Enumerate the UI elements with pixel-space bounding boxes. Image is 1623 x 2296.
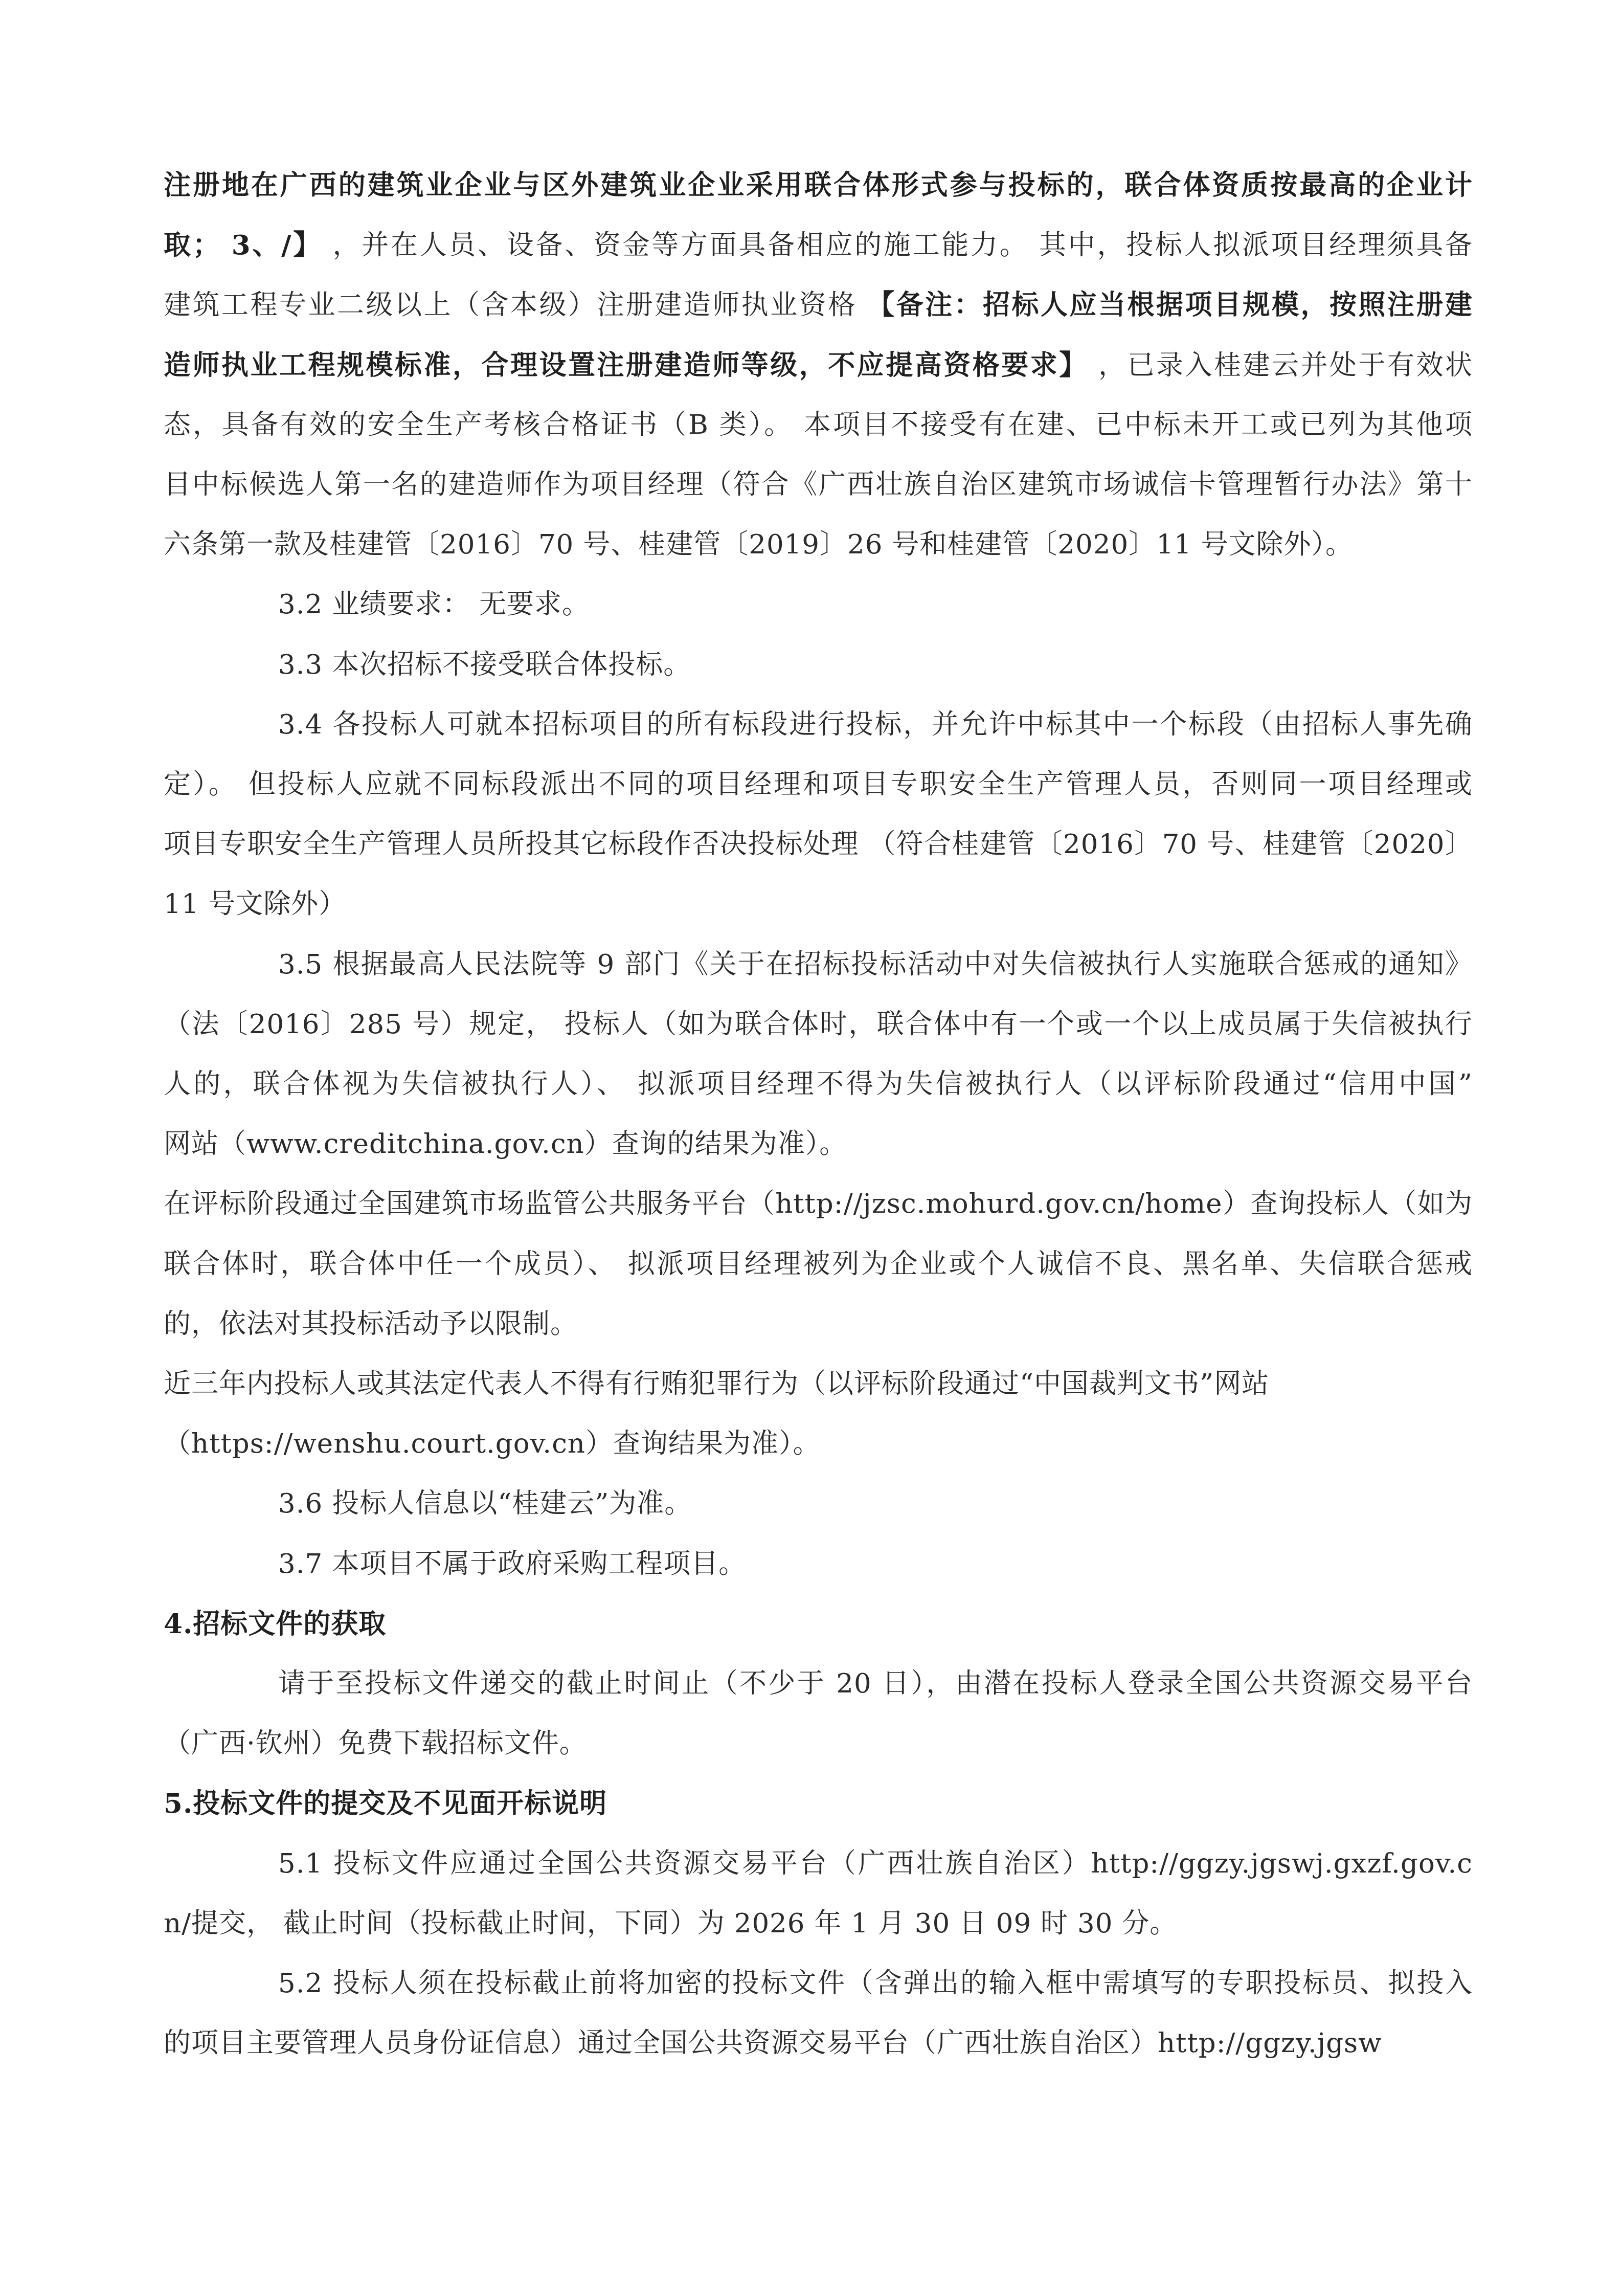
text-line: 3.3 本次招标不接受联合体投标。 [164, 644, 1473, 685]
text-line: 3.4 各投标人可就本招标项目的所有标段进行投标，并允许中标其中一个标段（由招标… [164, 704, 1473, 745]
text-line: 5.2 投标人须在投标截止前将加密的投标文件（含弹出的输入框中需填写的专职投标员… [164, 1963, 1473, 2004]
body-text: 的项目主要管理人员身份证信息）通过全国公共资源交易平台（广西壮族自治区）http… [164, 2027, 1382, 2059]
bold-text: 【备注：招标人应当根据项目规模，按照注册建 [867, 289, 1473, 321]
text-line: 3.7 本项目不属于政府采购工程项目。 [164, 1544, 1473, 1585]
body-text: 网站（www.creditchina.gov.cn）查询的结果为准）。 [164, 1128, 847, 1160]
text-line: 在评标阶段通过全国建筑市场监管公共服务平台（http://jzsc.mohurd… [164, 1184, 1473, 1224]
body-text: （广西·钦州）免费下载招标文件。 [164, 1728, 587, 1759]
body-text: 联合体时，联合体中任一个成员）、 拟派项目经理被列为企业或个人诚信不良、黑名单、… [164, 1249, 1473, 1280]
body-text: 近三年内投标人或其法定代表人不得有行贿犯罪行为（以评标阶段通过“中国裁判文书”网… [164, 1368, 1269, 1399]
text-line: 人的，联合体视为失信被执行人）、 拟派项目经理不得为失信被执行人（以评标阶段通过… [164, 1064, 1473, 1105]
body-text: 5.1 投标文件应通过全国公共资源交易平台（广西壮族自治区）http://ggz… [278, 1848, 1473, 1879]
body-text: 的，依法对其投标活动予以限制。 [164, 1308, 578, 1340]
body-text: 3.2 业绩要求： 无要求。 [278, 589, 590, 620]
text-line: 近三年内投标人或其法定代表人不得有行贿犯罪行为（以评标阶段通过“中国裁判文书”网… [164, 1364, 1473, 1405]
body-text: 3.5 根据最高人民法院等 9 部门《关于在招标投标活动中对失信被执行人实施联合… [278, 949, 1473, 980]
body-text: 11 号文除外） [164, 888, 346, 920]
bold-text: 4.招标文件的获取 [164, 1608, 386, 1640]
text-line: （广西·钦州）免费下载招标文件。 [164, 1723, 1473, 1764]
body-text: 3.3 本次招标不接受联合体投标。 [278, 649, 691, 680]
body-text: ，已录入桂建云并处于有效状 [1088, 350, 1473, 381]
text-line: 态，具备有效的安全生产考核合格证书（B 类）。 本项目不接受有在建、已中标未开工… [164, 405, 1473, 445]
body-text: 3.6 投标人信息以“桂建云”为准。 [278, 1488, 692, 1519]
text-line: 定）。 但投标人应就不同标段派出不同的项目经理和项目专职安全生产管理人员，否则同… [164, 764, 1473, 805]
body-text: ，并在人员、设备、资金等方面具备相应的施工能力。 其中，投标人拟派项目经理须具备 [322, 230, 1473, 261]
body-text: 定）。 但投标人应就不同标段派出不同的项目经理和项目专职安全生产管理人员，否则同… [164, 769, 1473, 800]
bold-text: 注册地在广西的建筑业企业与区外建筑业企业采用联合体形式参与投标的，联合体资质按最… [164, 169, 1473, 201]
text-line: （https://wenshu.court.gov.cn）查询结果为准）。 [164, 1423, 1473, 1464]
body-text: 态，具备有效的安全生产考核合格证书（B 类）。 本项目不接受有在建、已中标未开工… [164, 409, 1473, 440]
text-line: 取； 3、/】 ，并在人员、设备、资金等方面具备相应的施工能力。 其中，投标人拟… [164, 225, 1473, 265]
bold-text: 取； 3、/】 [164, 229, 322, 261]
text-line: 目中标候选人第一名的建造师作为项目经理（符合《广西壮族自治区建筑市场诚信卡管理暂… [164, 464, 1473, 505]
text-line: 网站（www.creditchina.gov.cn）查询的结果为准）。 [164, 1124, 1473, 1165]
body-text: 5.2 投标人须在投标截止前将加密的投标文件（含弹出的输入框中需填写的专职投标员… [278, 1968, 1473, 1999]
text-line: 项目专职安全生产管理人员所投其它标段作否决投标处理 （符合桂建管〔2016〕70… [164, 824, 1473, 865]
text-line: （法〔2016〕285 号）规定， 投标人（如为联合体时，联合体中有一个或一个以… [164, 1004, 1473, 1045]
text-line: 11 号文除外） [164, 884, 1473, 925]
text-line: 5.1 投标文件应通过全国公共资源交易平台（广西壮族自治区）http://ggz… [164, 1843, 1473, 1884]
bold-text: 5.投标文件的提交及不见面开标说明 [164, 1788, 607, 1819]
document-page: 注册地在广西的建筑业企业与区外建筑业企业采用联合体形式参与投标的，联合体资质按最… [0, 0, 1623, 2296]
body-text: 人的，联合体视为失信被执行人）、 拟派项目经理不得为失信被执行人（以评标阶段通过… [164, 1068, 1473, 1100]
text-line: 六条第一款及桂建管〔2016〕70 号、桂建管〔2019〕26 号和桂建管〔20… [164, 524, 1473, 565]
text-line: 的项目主要管理人员身份证信息）通过全国公共资源交易平台（广西壮族自治区）http… [164, 2023, 1473, 2064]
section-heading: 4.招标文件的获取 [164, 1603, 1473, 1644]
body-text: 在评标阶段通过全国建筑市场监管公共服务平台（http://jzsc.mohurd… [164, 1188, 1473, 1219]
text-line: 造师执业工程规模标准，合理设置注册建造师等级，不应提高资格要求】 ，已录入桂建云… [164, 345, 1473, 386]
text-line: 3.5 根据最高人民法院等 9 部门《关于在招标投标活动中对失信被执行人实施联合… [164, 944, 1473, 985]
text-line: 3.2 业绩要求： 无要求。 [164, 584, 1473, 625]
text-line: 的，依法对其投标活动予以限制。 [164, 1304, 1473, 1345]
body-text: （https://wenshu.court.gov.cn）查询结果为准）。 [164, 1428, 820, 1459]
text-line: 注册地在广西的建筑业企业与区外建筑业企业采用联合体形式参与投标的，联合体资质按最… [164, 165, 1473, 206]
text-line: 建筑工程专业二级以上（含本级）注册建造师执业资格 【备注：招标人应当根据项目规模… [164, 284, 1473, 325]
body-text: （法〔2016〕285 号）规定， 投标人（如为联合体时，联合体中有一个或一个以… [164, 1009, 1473, 1040]
text-line: 3.6 投标人信息以“桂建云”为准。 [164, 1483, 1473, 1524]
text-line: 请于至投标文件递交的截止时间止（不少于 20 日），由潜在投标人登录全国公共资源… [164, 1663, 1473, 1704]
body-text: 3.4 各投标人可就本招标项目的所有标段进行投标，并允许中标其中一个标段（由招标… [278, 709, 1473, 740]
section-heading: 5.投标文件的提交及不见面开标说明 [164, 1783, 1473, 1824]
body-text: n/提交， 截止时间（投标截止时间，下同）为 2026 年 1 月 30 日 0… [164, 1908, 1177, 1939]
body-text: 建筑工程专业二级以上（含本级）注册建造师执业资格 [164, 289, 867, 321]
body-text: 六条第一款及桂建管〔2016〕70 号、桂建管〔2019〕26 号和桂建管〔20… [164, 529, 1353, 560]
text-line: 联合体时，联合体中任一个成员）、 拟派项目经理被列为企业或个人诚信不良、黑名单、… [164, 1244, 1473, 1285]
text-line: n/提交， 截止时间（投标截止时间，下同）为 2026 年 1 月 30 日 0… [164, 1903, 1473, 1944]
body-text: 请于至投标文件递交的截止时间止（不少于 20 日），由潜在投标人登录全国公共资源… [278, 1668, 1473, 1699]
body-text: 目中标候选人第一名的建造师作为项目经理（符合《广西壮族自治区建筑市场诚信卡管理暂… [164, 469, 1473, 500]
body-text: 项目专职安全生产管理人员所投其它标段作否决投标处理 （符合桂建管〔2016〕70… [164, 829, 1473, 860]
body-text: 3.7 本项目不属于政府采购工程项目。 [278, 1548, 746, 1579]
bold-text: 造师执业工程规模标准，合理设置注册建造师等级，不应提高资格要求】 [164, 349, 1088, 381]
